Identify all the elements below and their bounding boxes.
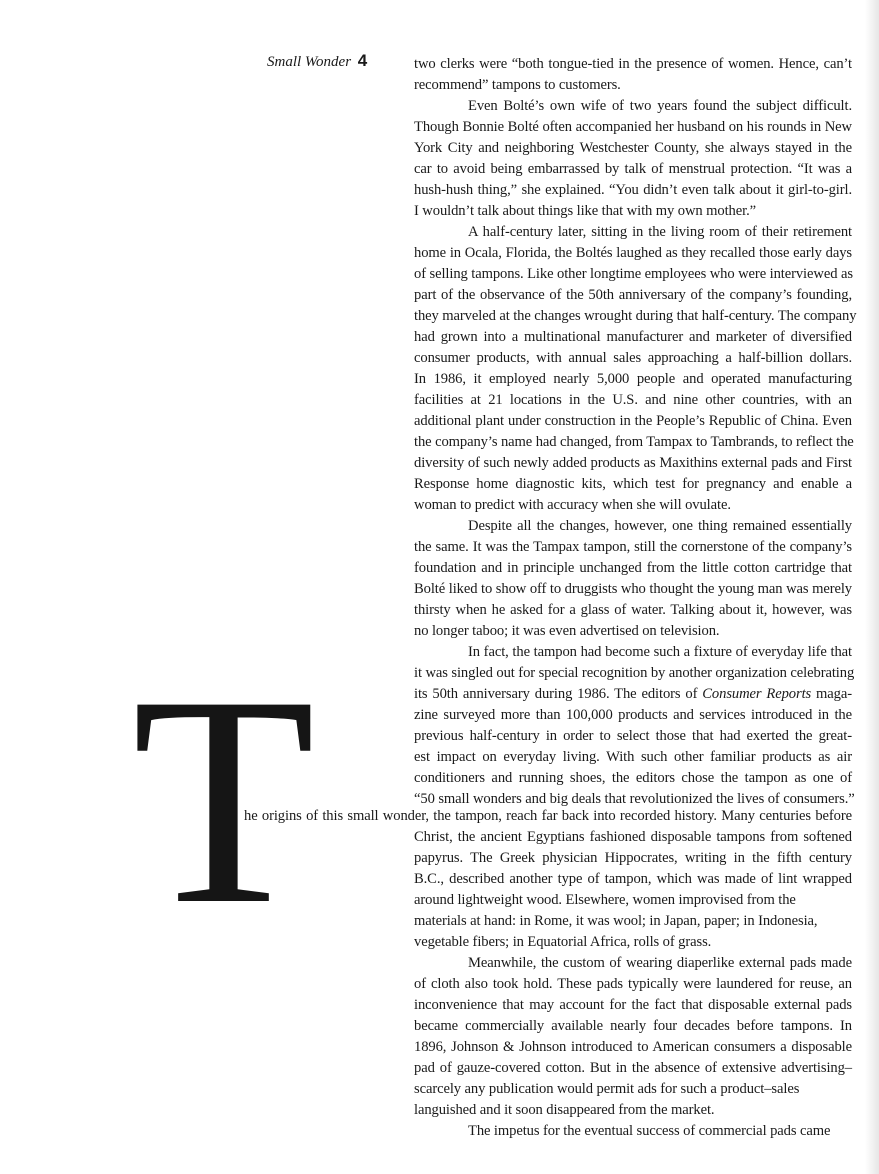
- text-line: York City and neighboring Westchester Co…: [414, 138, 852, 159]
- text-line: est impact on everyday living. With such…: [414, 747, 852, 768]
- text-line: Bolté liked to show off to druggists who…: [414, 579, 852, 600]
- text-line: the same. It was the Tampax tampon, stil…: [414, 537, 852, 558]
- text-line: recommend” tampons to customers.: [414, 75, 852, 96]
- text-line: the company’s name had changed, from Tam…: [414, 432, 852, 453]
- text-line: languished and it soon disappeared from …: [414, 1100, 852, 1121]
- text-line: foundation and in principle unchanged fr…: [414, 558, 852, 579]
- chapter-title: Small Wonder: [267, 54, 351, 70]
- chapter-number: 4: [358, 51, 367, 70]
- text-line: additional plant under construction in t…: [414, 411, 852, 432]
- drop-cap: T: [132, 650, 315, 950]
- text-line: diversity of such newly added products a…: [414, 453, 852, 474]
- text-line: Meanwhile, the custom of wearing diaperl…: [414, 953, 852, 974]
- text-line: previous half-century in order to select…: [414, 726, 852, 747]
- running-head: Small Wonder 4: [267, 51, 367, 71]
- italic-title: Consumer Reports: [702, 686, 811, 702]
- text-line: facilities at 21 locations in the U.S. a…: [414, 390, 852, 411]
- text-line: conditioners and running shoes, the edit…: [414, 768, 852, 789]
- text-line: materials at hand: in Rome, it was wool;…: [414, 911, 852, 932]
- text-line: papyrus. The Greek physician Hippocrates…: [414, 848, 852, 869]
- text-line: In fact, the tampon had become such a fi…: [414, 642, 852, 663]
- text-line: hush-hush thing,” she explained. “You di…: [414, 180, 852, 201]
- text-line: Despite all the changes, however, one th…: [414, 516, 852, 537]
- text-line: Though Bonnie Bolté often accompanied he…: [414, 117, 852, 138]
- text-line: had grown into a multinational manufactu…: [414, 327, 852, 348]
- text-line: its 50th anniversary during 1986. The ed…: [414, 684, 852, 705]
- text-line: thirsty when he asked for a glass of wat…: [414, 600, 852, 621]
- text-line: no longer taboo; it was even advertised …: [414, 621, 852, 642]
- text-line: it was singled out for special recogniti…: [414, 663, 852, 684]
- text-line: of cloth also took hold. These pads typi…: [414, 974, 852, 995]
- text-line: B.C., described another type of tampon, …: [414, 869, 852, 890]
- text-line: pad of gauze-covered cotton. But in the …: [414, 1058, 852, 1079]
- text-line: inconvenience that may account for the f…: [414, 995, 852, 1016]
- page-edge-shadow: [865, 0, 879, 1174]
- text-line: woman to predict with accuracy when she …: [414, 495, 852, 516]
- text-line: consumer products, with annual sales app…: [414, 348, 852, 369]
- text-line: became commercially available nearly fou…: [414, 1016, 852, 1037]
- text-line: 1896, Johnson & Johnson introduced to Am…: [414, 1037, 852, 1058]
- text-line: zine surveyed more than 100,000 products…: [414, 705, 852, 726]
- text-line: they marveled at the changes wrought dur…: [414, 306, 852, 327]
- text-line: In 1986, it employed nearly 5,000 people…: [414, 369, 852, 390]
- text-line: he origins of this small wonder, the tam…: [244, 806, 852, 827]
- text-line: The impetus for the eventual success of …: [414, 1121, 852, 1142]
- text-line: I wouldn’t talk about things like that w…: [414, 201, 852, 222]
- text-line: car to avoid being embarrassed by talk o…: [414, 159, 852, 180]
- text-line: two clerks were “both tongue-tied in the…: [414, 54, 852, 75]
- text-line: vegetable fibers; in Equatorial Africa, …: [414, 932, 852, 953]
- text-line: around lightweight wood. Elsewhere, wome…: [414, 890, 852, 911]
- text-line: A half-century later, sitting in the liv…: [414, 222, 852, 243]
- text-line: home in Ocala, Florida, the Boltés laugh…: [414, 243, 852, 264]
- text-line: scarcely any publication would permit ad…: [414, 1079, 852, 1100]
- text-line: part of the observance of the 50th anniv…: [414, 285, 852, 306]
- text-line: of selling tampons. Like other longtime …: [414, 264, 852, 285]
- text-line: Even Bolté’s own wife of two years found…: [414, 96, 852, 117]
- text-line: Response home diagnostic kits, which tes…: [414, 474, 852, 495]
- text-line: Christ, the ancient Egyptians fashioned …: [414, 827, 852, 848]
